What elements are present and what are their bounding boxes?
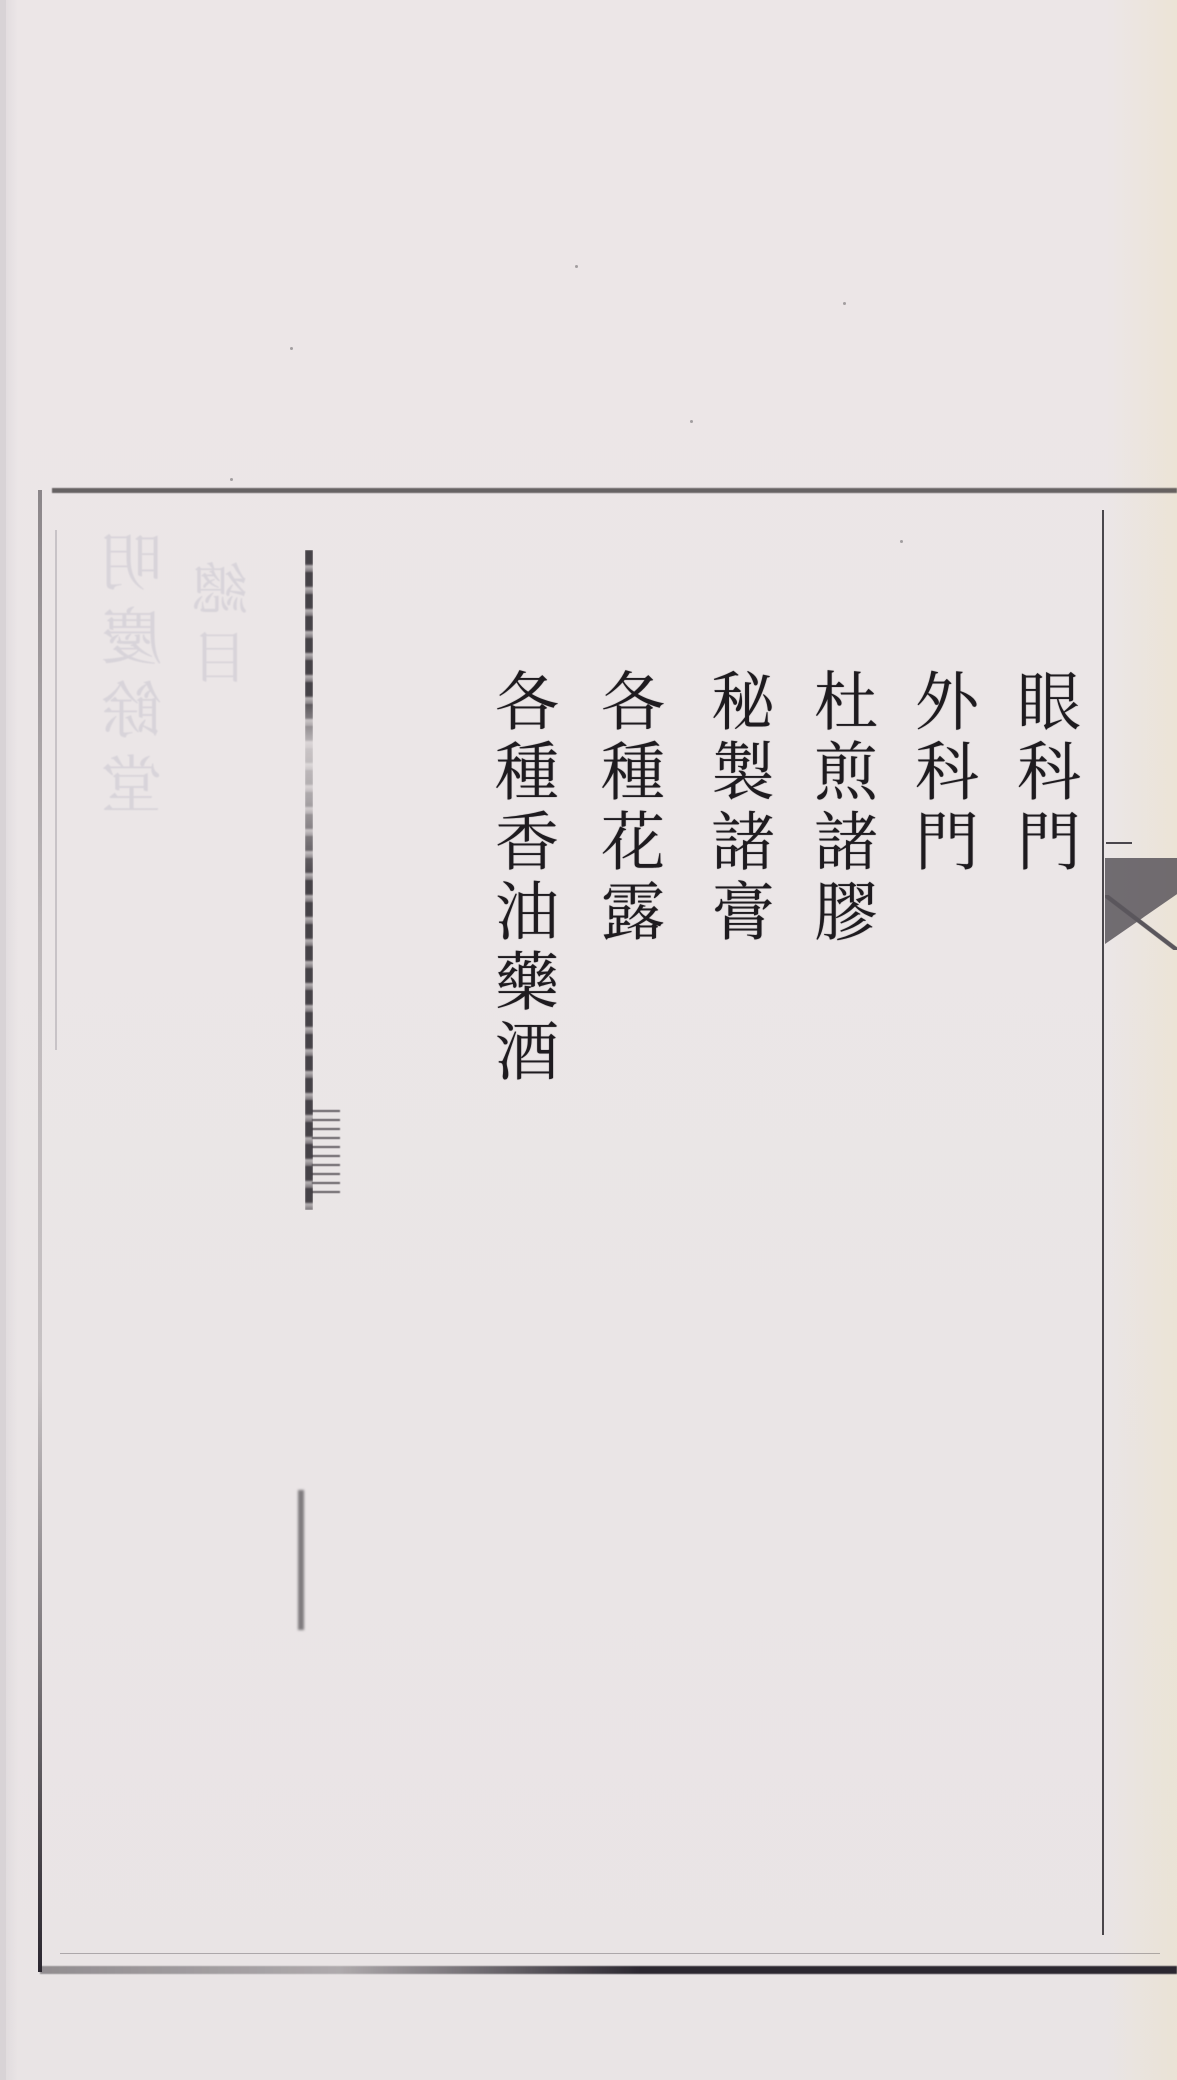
column-rule-ticks bbox=[312, 1110, 340, 1200]
paper-speck bbox=[900, 540, 903, 543]
toc-entry-fragrant-oils-medicinal-wines: 各種香油藥酒 bbox=[481, 668, 561, 1088]
fishtail-diagonal-line bbox=[1105, 895, 1177, 950]
frame-right-border bbox=[1102, 510, 1104, 1935]
bleed-through-ghost-text: 總目 bbox=[185, 560, 265, 696]
frame-bottom-inner-line bbox=[60, 1953, 1160, 1954]
paper-speck bbox=[690, 420, 693, 423]
paper-speck bbox=[230, 478, 233, 481]
bleed-through-ghost-text: 明慶餘堂 bbox=[92, 530, 181, 826]
toc-entry-ophthalmology: 眼科門 bbox=[1003, 668, 1083, 878]
paper-speck bbox=[843, 302, 846, 305]
toc-entry-secret-pastes: 秘製諸膏 bbox=[697, 668, 777, 948]
fishtail-tick-mark bbox=[1106, 842, 1132, 844]
page-spine-edge bbox=[0, 0, 6, 2080]
paper-speck bbox=[575, 265, 578, 268]
paper-page bbox=[0, 0, 1177, 2080]
frame-left-inner-line bbox=[55, 530, 57, 1050]
paper-speck bbox=[290, 347, 293, 350]
toc-entry-flower-dews: 各種花露 bbox=[587, 668, 667, 948]
frame-left-border bbox=[38, 490, 42, 1972]
frame-top-border bbox=[52, 488, 1177, 493]
toc-entry-external-medicine: 外科門 bbox=[901, 668, 981, 878]
frame-bottom-border bbox=[40, 1966, 1177, 1974]
toc-entry-decocted-glues: 杜煎諸膠 bbox=[800, 668, 880, 948]
column-rule-smudge-lower bbox=[298, 1490, 304, 1630]
